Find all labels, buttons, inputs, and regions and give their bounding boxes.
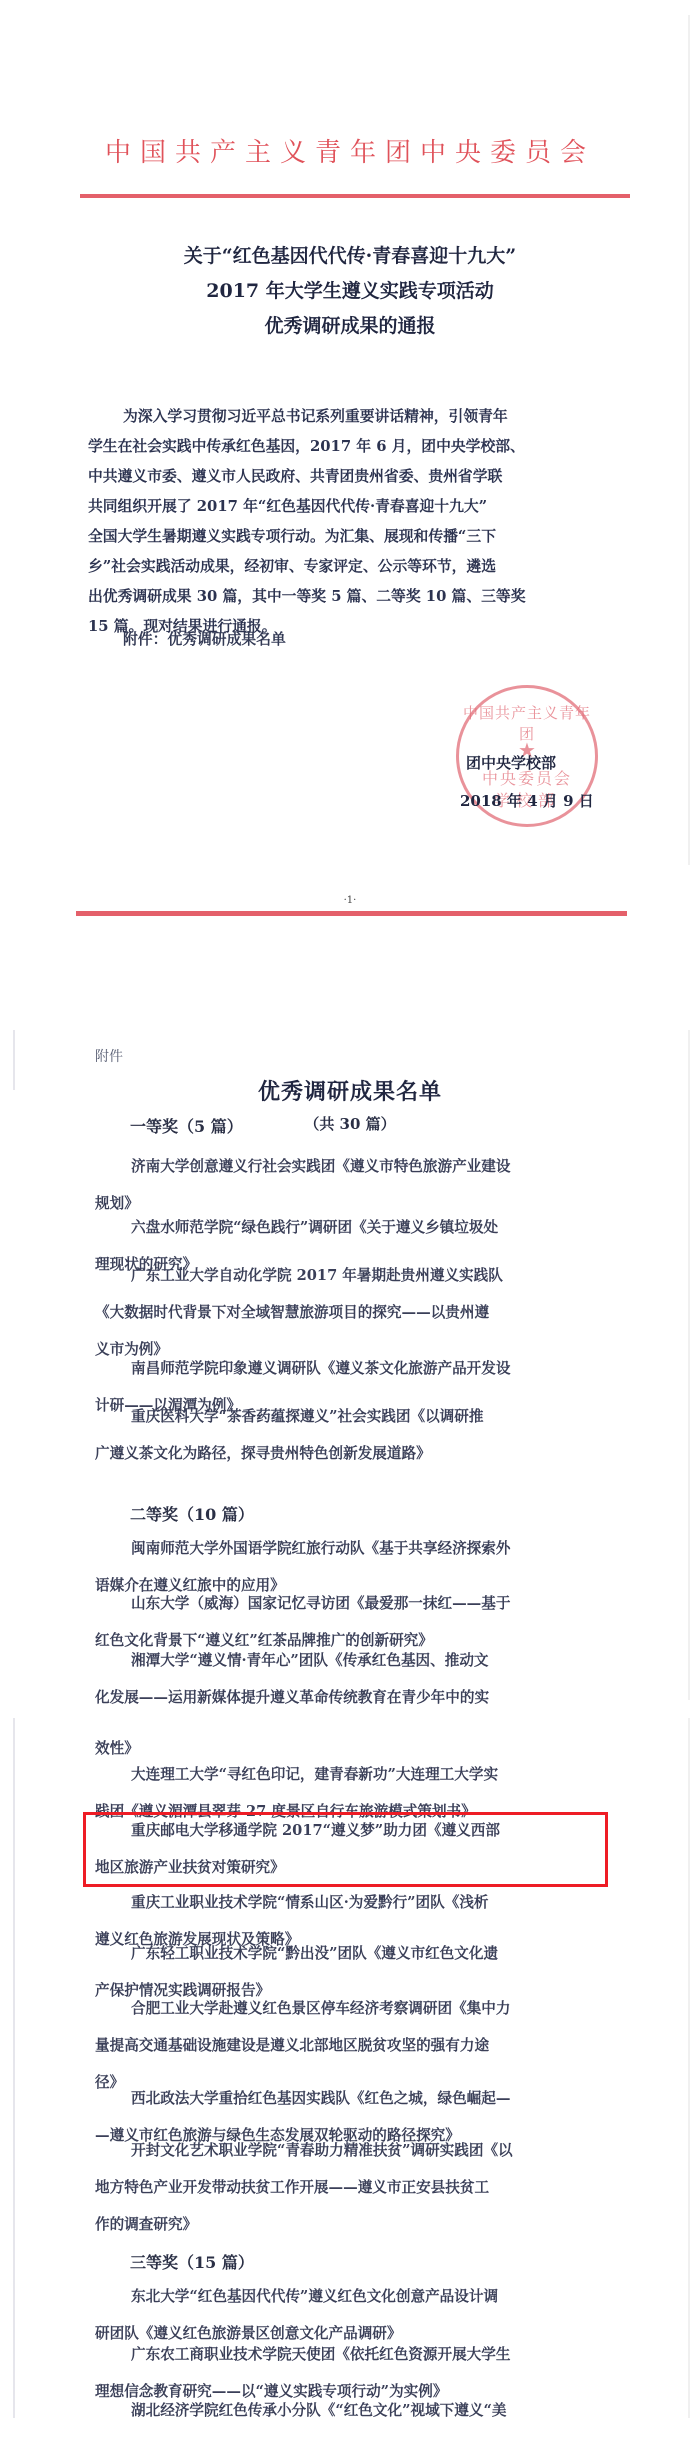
doc-title-line-1: 关于“红色基因代代传·青春喜迎十九大” — [0, 244, 700, 269]
body-line: 学生在社会实践中传承红色基因，2017 年 6 月，团中央学校部、 — [88, 432, 596, 462]
attachment-label: 附件 — [95, 1046, 123, 1066]
body-line: 全国大学生暑期遵义实践专项行动。为汇集、展现和传播“三下 — [88, 522, 596, 552]
list-subtitle: （共 30 篇） — [0, 1113, 700, 1134]
body-line: 乡”社会实践活动成果，经初审、专家评定、公示等环节，遴选 — [88, 552, 596, 582]
body-line: 出优秀调研成果 30 篇，其中一等奖 5 篇、二等奖 10 篇、三等奖 — [88, 582, 596, 612]
header-red-rule — [80, 194, 630, 198]
signature-org: 团中央学校部 — [466, 752, 556, 773]
list-item: 湖北经济学院红色传承小分队《“红色文化”视域下遵义“美 — [95, 2392, 595, 2429]
page-edge — [13, 1718, 15, 2418]
attachment-reference: 附件：优秀调研成果名单 — [123, 628, 286, 649]
body-line: 为深入学习贯彻习近平总书记系列重要讲话精神，引领青年 — [123, 402, 596, 432]
page-edge — [688, 1718, 690, 2418]
doc-title-line-3: 优秀调研成果的通报 — [0, 314, 700, 339]
body-line: 共同组织开展了 2017 年“红色基因代代传·青春喜迎十九大” — [88, 492, 596, 522]
list-item: 湘潭大学“遵义情·青年心”团队《传承红色基因、推动文 化发展——运用新媒体提升遵… — [95, 1642, 595, 1767]
list-item: 开封文化艺术职业学院“青春助力精准扶贫”调研实践团《以 地方特色产业开发带动扶贫… — [95, 2132, 595, 2243]
org-header: 中国共产主义青年团中央委员会 — [0, 138, 700, 168]
signature-date: 2018 年 4 月 9 日 — [460, 790, 594, 811]
list-item: 重庆医科大学“茶香药蕴探遵义”社会实践团《以调研推 广遵义茶文化为路径，探寻贵州… — [95, 1398, 595, 1472]
red-highlight-box — [83, 1812, 608, 1887]
body-line: 中共遵义市委、遵义市人民政府、共青团贵州省委、贵州省学联 — [88, 462, 596, 492]
doc-title-line-2: 2017 年大学生遵义实践专项活动 — [0, 279, 700, 304]
award-heading-second: 二等奖（10 篇） — [130, 1502, 254, 1525]
award-heading-first: 一等奖（5 篇） — [130, 1114, 243, 1137]
page-number: ·1· — [0, 895, 700, 906]
footer-red-rule — [76, 911, 627, 916]
list-title: 优秀调研成果名单 — [0, 1075, 700, 1106]
award-heading-third: 三等奖（15 篇） — [130, 2250, 254, 2273]
